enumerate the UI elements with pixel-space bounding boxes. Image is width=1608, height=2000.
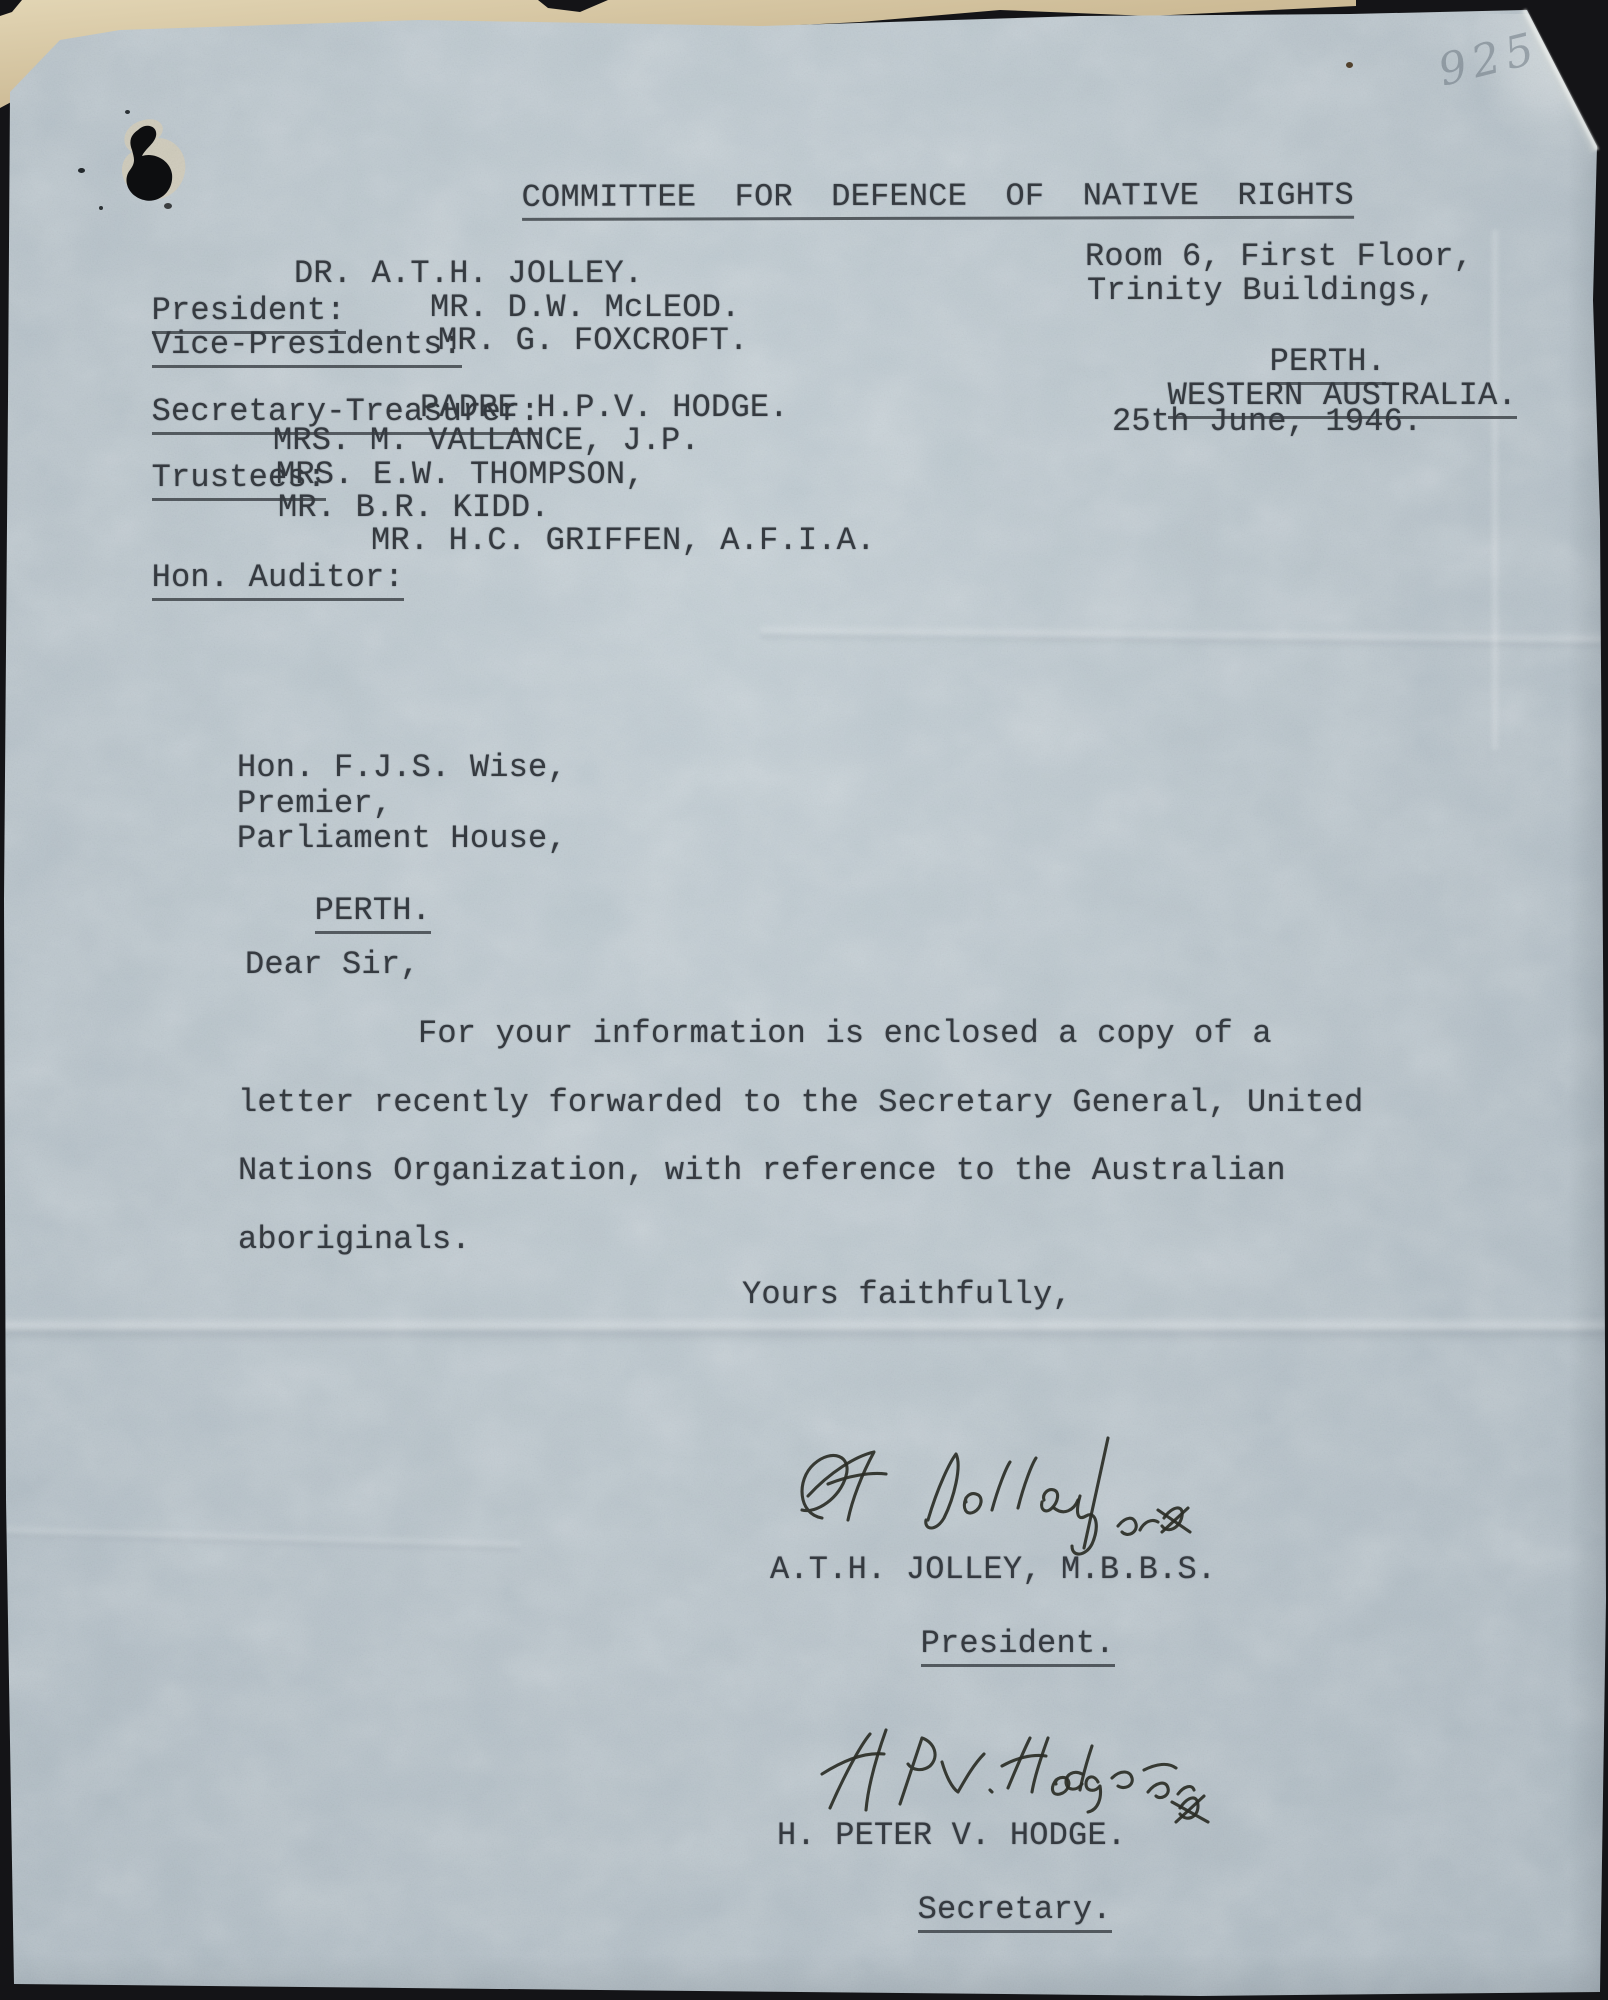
signatory-role: Secretary. — [840, 1855, 1112, 1965]
body-line: For your information is enclosed a copy … — [418, 1016, 1272, 1053]
letter-paper: 925 COMMITTEE FOR DEFENCE OF NATIVE RIGH… — [0, 0, 1608, 2000]
page-edge-shadow — [1568, 0, 1608, 2000]
fold-crease — [0, 1525, 520, 1554]
scanned-letter-page: { "letterhead": { "title": "COMMITTEE FO… — [0, 0, 1608, 2000]
recipient-city: PERTH. — [315, 892, 431, 934]
fold-crease — [0, 1316, 1608, 1342]
sender-address-line: Trinity Buildings, — [1087, 273, 1436, 310]
recipient-line: Parliament House, — [237, 821, 567, 858]
body-line: letter recently forwarded to the Secreta… — [238, 1085, 1363, 1122]
officer-value: MR. H.C. GRIFFEN, A.F.I.A. — [371, 523, 875, 560]
fold-crease — [760, 624, 1608, 651]
signatory-role-text: President. — [921, 1625, 1115, 1667]
salutation: Dear Sir, — [245, 947, 420, 984]
body-line: Nations Organization, with reference to … — [238, 1153, 1286, 1190]
ink-blot — [110, 118, 194, 222]
officer-value: DR. A.T.H. JOLLEY. — [294, 256, 643, 293]
officer-label: Hon. Auditor: — [152, 559, 404, 601]
sender-address-line: Room 6, First Floor, — [1085, 239, 1473, 276]
body-line: aboriginals. — [238, 1222, 471, 1259]
recipient-line: Hon. F.J.S. Wise, — [237, 750, 567, 787]
letter-title-text: COMMITTEE FOR DEFENCE OF NATIVE RIGHTS — [522, 177, 1354, 221]
signatory-role-text: Secretary. — [918, 1891, 1112, 1933]
paper-speck — [78, 168, 85, 173]
officer-value: MRS. M. VALLANCE, J.P. — [273, 423, 700, 460]
fold-crease — [1490, 230, 1500, 750]
paper-speck — [99, 206, 103, 210]
officer-row: Hon. Auditor: MR. H.C. GRIFFEN, A.F.I.A. — [74, 523, 404, 670]
jolley-signature — [778, 1422, 1208, 1562]
officer-value: MR. G. FOXCROFT. — [438, 323, 748, 360]
letter-title: COMMITTEE FOR DEFENCE OF NATIVE RIGHTS — [368, 141, 1354, 254]
recipient-line: Premier, — [237, 786, 392, 823]
signatory-typed-name: H. PETER V. HODGE. — [777, 1818, 1126, 1855]
signatory-typed-name: A.T.H. JOLLEY, M.B.B.S. — [770, 1552, 1216, 1589]
paper-speck — [1346, 62, 1353, 68]
closing: Yours faithfully, — [742, 1277, 1072, 1314]
signatory-role: President. — [843, 1589, 1115, 1699]
letter-date: 25th June, 1946. — [1112, 404, 1422, 441]
paper-speck — [125, 110, 130, 114]
page-edge-shadow — [0, 1954, 1608, 2000]
